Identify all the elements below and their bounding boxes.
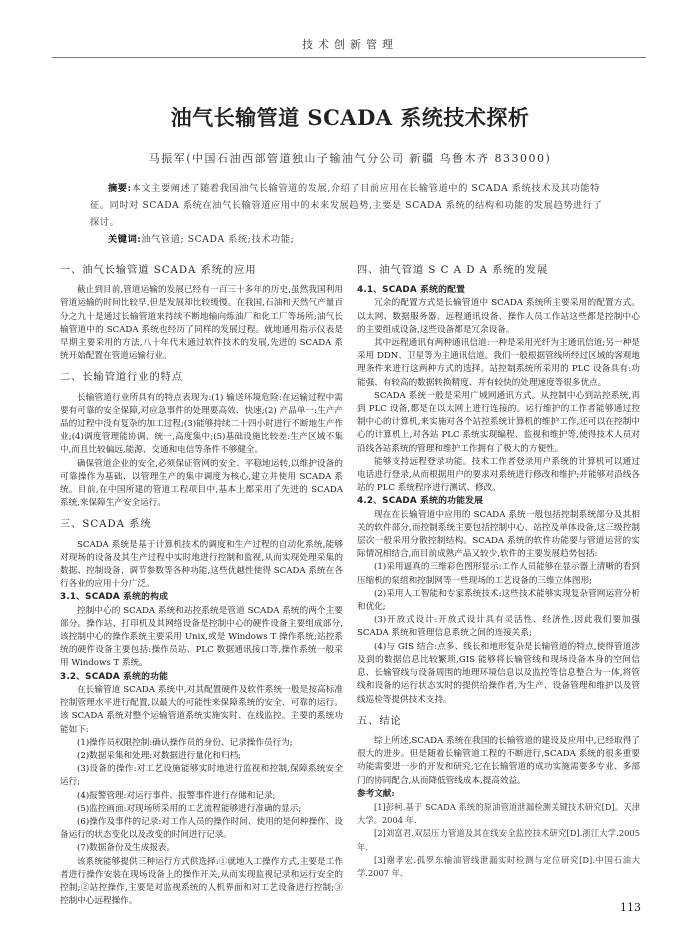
list-item: (7)数据备份及生成报表。 (60, 842, 343, 855)
section-heading-2: 二、长输管道行业的特点 (60, 371, 343, 384)
paragraph: 该系统能够提供三种运行方式供选择:①就地人工操作方式,主要是工作者进行操作安装在… (60, 856, 343, 909)
section-heading-5: 五、结论 (357, 715, 640, 728)
subsection-heading-4-1: 4.1、SCADA 系统的配置 (357, 284, 640, 297)
subsection-heading-3-2: 3.2、SCADA 系统的功能 (60, 671, 343, 684)
paragraph: 现在在长输管道中应用的 SCADA 系统一般包括控制系统部分及其相关的软件部分,… (357, 509, 640, 562)
section-heading-4: 四、油气管道 S C A D A 系统的发展 (357, 264, 640, 277)
paragraph: 综上所述,SCADA 系统在我国的长输管道的建设及应用中,已经取得了很大的进步。… (357, 735, 640, 788)
paragraph: 冗余的配置方式是长输管道中 SCADA 系统所主要采用的配置方式。以太网、数据服… (357, 297, 640, 337)
author-affiliation: 马振军(中国石油西部管道独山子输油气分公司 新疆 乌鲁木齐 833000) (0, 150, 700, 166)
left-column: 一、油气长输管道 SCADA 系统的应用 截止到目前,管道运输的发展已经有一百三… (60, 262, 343, 908)
paragraph: 能够支持远程登录功能。技术工作者登录用户系统的计算机可以通过电话进行登录,从而根… (357, 456, 640, 496)
article-title: 油气长输管道 SCADA 系统技术探析 (0, 102, 700, 132)
list-item: (2)数据采集和处理:对数据进行量化和归档; (60, 750, 343, 763)
reference-item: [2]刘富君.双层压力管道及其在线安全监控技术研究[D].浙江大学.2005 年… (357, 827, 640, 853)
paragraph: 控制中心的 SCADA 系统和站控系统是管道 SCADA 系统的两个主要部分。操… (60, 605, 343, 671)
list-item: (1)操作员权限控制:确认操作员的身份、记录操作员行为; (60, 737, 343, 750)
paragraph: 确保管道企业的安全,必须保证管网的安全、平稳地运转,以维护设备的可靠操作为基础、… (60, 458, 343, 511)
header-rule (52, 57, 646, 58)
abstract: 摘要:本文主要阐述了随着我国油气长输管道的发展,介绍了目前应用在长输管道中的 S… (90, 180, 610, 231)
list-item: (3)开放式设计:开放式设计具有灵活性、经济性,因此我们要加强 SCADA 系统… (357, 614, 640, 640)
list-item: (2)采用人工智能和专家系统技术:这些技术能够实现复杂管网运营分析和优化; (357, 588, 640, 614)
abstract-label: 摘要: (108, 183, 132, 194)
paragraph: 在长输管道 SCADA 系统中,对其配置硬件及软件系统一般是按高标准控制管理水平… (60, 684, 343, 737)
section-heading-3: 三、SCADA 系统 (60, 518, 343, 531)
keywords-label: 关键词: (108, 234, 141, 245)
subsection-heading-4-2: 4.2、SCADA 系统的功能发展 (357, 495, 640, 508)
list-item: (3)设备的操作:对工艺设施能够实时地进行监视和控制,保障系统安全运行; (60, 763, 343, 789)
paragraph: SCADA 系统一般是采用广域网通讯方式。从控制中心到站控系统,再到 PLC 设… (357, 390, 640, 456)
list-item: (4)与 GIS 结合:点多、线长和地形复杂是长输管道的特点,使得管道涉及到的数… (357, 641, 640, 707)
keywords-text: 油气管道; SCADA 系统;技术功能; (141, 234, 294, 245)
paragraph: SCADA 系统是基于计算机技术的调度和生产过程的自动化系统,能够对现场的设备及… (60, 539, 343, 592)
right-column: 四、油气管道 S C A D A 系统的发展 4.1、SCADA 系统的配置 冗… (357, 262, 640, 880)
list-item: (4)报警管理:对运行事件、报警事件进行存储和记录; (60, 790, 343, 803)
abstract-text: 本文主要阐述了随着我国油气长输管道的发展,介绍了目前应用在长输管道中的 SCAD… (90, 183, 602, 228)
keywords: 关键词:油气管道; SCADA 系统;技术功能; (90, 231, 610, 248)
list-item: (6)操作及事件的记录:对工作人员的操作时间、使用的是何种操作、设备运行的状态变… (60, 816, 343, 842)
paragraph: 长输管道行业所具有的特点表现为:(1) 输送环境危险:在运输过程中需要有可靠的安… (60, 392, 343, 458)
paragraph: 其中远程通讯有两种通讯信道:一种是采用光纤为主通讯信道;另一种是采用 DDN、卫… (357, 337, 640, 390)
list-item: (5)监控画面:对现场所采用的工艺流程能够进行准确的显示; (60, 803, 343, 816)
reference-item: [1]彭柯.基于 SCADA 系统的原油管道泄漏检测关键技术研究[D]。天津大学… (357, 801, 640, 827)
reference-item: [3]谢孝宏.孤罗东输油管线泄漏实时检测与定位研究[D].中国石油大学.2007… (357, 854, 640, 880)
list-item: (1)采用逼真的三维彩色图形显示:工作人员能够在显示器上清晰的看到压缩机的泵组和… (357, 561, 640, 587)
references-heading: 参考文献: (357, 788, 640, 801)
section-heading-1: 一、油气长输管道 SCADA 系统的应用 (60, 264, 343, 277)
subsection-heading-3-1: 3.1、SCADA 系统的构成 (60, 591, 343, 604)
page-number: 113 (620, 901, 641, 914)
abstract-block: 摘要:本文主要阐述了随着我国油气长输管道的发展,介绍了目前应用在长输管道中的 S… (90, 180, 610, 248)
running-head: 技术创新管理 (0, 36, 700, 52)
paragraph: 截止到目前,管道运输的发展已经有一百三十多年的历史,虽然我国利用管道运输的时间比… (60, 284, 343, 363)
